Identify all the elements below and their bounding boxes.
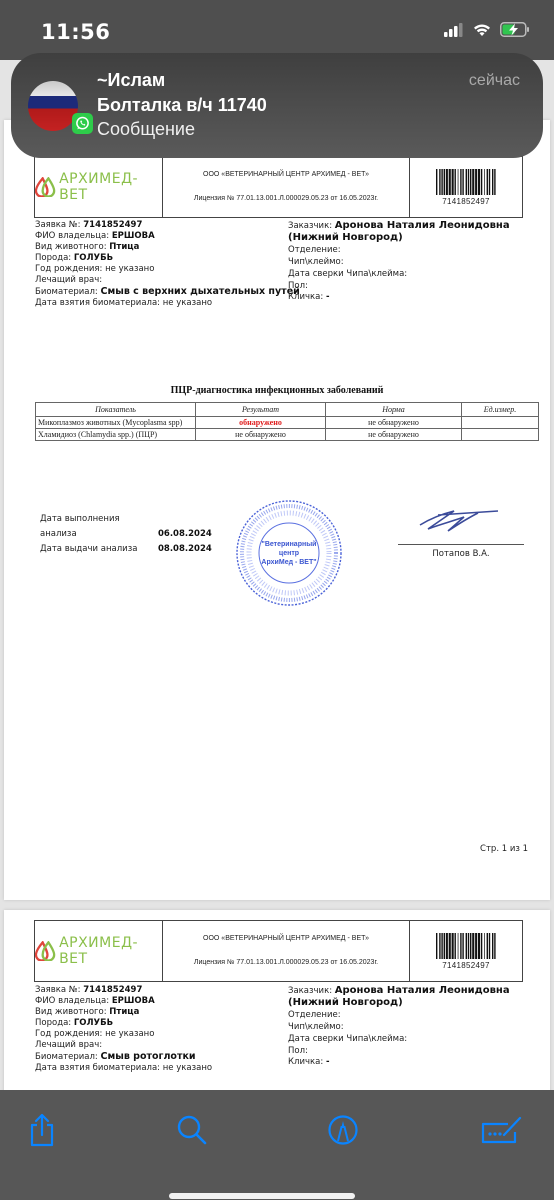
- organization-cell: ООО «ВЕТЕРИНАРНЫЙ ЦЕНТР АРХИМЕД - ВЕТ» Л…: [163, 157, 410, 217]
- patient-info-row: Лечащий врач:: [35, 1040, 285, 1051]
- svg-text:центр: центр: [279, 550, 299, 557]
- info-label: Лечащий врач:: [35, 275, 102, 285]
- organization-name: ООО «ВЕТЕРИНАРНЫЙ ЦЕНТР АРХИМЕД - ВЕТ»: [163, 935, 409, 942]
- issued-date-label: Дата выдачи анализа: [40, 542, 158, 557]
- info-label: Биоматериал:: [35, 287, 101, 297]
- document-page-1: АРХИМЕД-ВЕТ ООО «ВЕТЕРИНАРНЫЙ ЦЕНТР АРХИ…: [4, 120, 550, 900]
- markup-pen-icon: [327, 1114, 359, 1146]
- page-number: Стр. 1 из 1: [480, 844, 528, 854]
- signature-line: [398, 544, 524, 545]
- customer-info-row: Чип\клеймо:: [288, 257, 538, 268]
- norm-cell: не обнаружено: [326, 417, 462, 429]
- license-text: Лицензия № 77.01.13.001.Л.000029.05.23 о…: [163, 959, 409, 966]
- status-bar: 11:56: [0, 0, 554, 60]
- results-table: Показатель Результат Норма Ед.измер. Мик…: [35, 402, 539, 441]
- clinic-logo: АРХИМЕД-ВЕТ: [35, 157, 163, 217]
- status-icons: [444, 22, 530, 37]
- search-icon: [176, 1114, 208, 1146]
- clock: 11:56: [41, 20, 110, 44]
- info-label: Вид животного:: [35, 242, 109, 252]
- wifi-icon: [472, 23, 492, 37]
- customer-label: Заказчик:: [288, 986, 335, 996]
- info-value: 7141852497: [83, 220, 142, 230]
- info-value: Смыв ротоглотки: [101, 1051, 196, 1062]
- performed-date-row: Дата выполнения анализа06.08.2024: [40, 512, 212, 542]
- document-page-2: АРХИМЕД-ВЕТ ООО «ВЕТЕРИНАРНЫЙ ЦЕНТР АРХИ…: [4, 910, 550, 1090]
- table-row: Микоплазмоз животных (Mycoplasma spp) об…: [36, 417, 539, 429]
- customer-info-row: Дата сверки Чипа\клейма:: [288, 269, 538, 280]
- norm-cell: не обнаружено: [326, 429, 462, 441]
- round-stamp-icon: "Ветеринарный центр АрхиМед - ВЕТ": [234, 498, 344, 608]
- info-value: ЕРШОВА: [112, 231, 155, 241]
- customer-row: Заказчик: Аронова Наталия Леонидовна (Ни…: [288, 220, 538, 244]
- info-value: ЕРШОВА: [112, 996, 155, 1006]
- issued-date-row: Дата выдачи анализа08.08.2024: [40, 542, 212, 557]
- barcode-cell: 7141852497: [410, 157, 522, 217]
- clinic-logo: АРХИМЕД-ВЕТ: [35, 921, 163, 981]
- signature-icon: [480, 1115, 524, 1145]
- patient-info-row: Лечащий врач:: [35, 275, 285, 286]
- section-title: ПЦР-диагностика инфекционных заболеваний: [4, 385, 550, 396]
- home-indicator[interactable]: [169, 1193, 355, 1199]
- column-header: Норма: [326, 403, 462, 417]
- notification-message: Сообщение: [97, 119, 195, 140]
- info-label: Год рождения:: [35, 1029, 105, 1039]
- patient-info-row: Биоматериал: Смыв с верхних дыхательных …: [35, 286, 285, 298]
- performed-date-label: Дата выполнения анализа: [40, 512, 158, 542]
- drops-logo-icon: [35, 177, 56, 197]
- barcode-number: 7141852497: [442, 961, 490, 970]
- document-header: АРХИМЕД-ВЕТ ООО «ВЕТЕРИНАРНЫЙ ЦЕНТР АРХИ…: [34, 156, 523, 218]
- patient-info-row: Вид животного: Птица: [35, 1007, 285, 1018]
- patient-info: Заявка №: 7141852497ФИО владельца: ЕРШОВ…: [35, 220, 285, 309]
- info-label: Порода:: [35, 253, 74, 263]
- notification-group: Болталка в/ч 11740: [97, 95, 267, 116]
- customer-info: Заказчик: Аронова Наталия Леонидовна (Ни…: [288, 220, 538, 303]
- share-icon: [28, 1113, 56, 1147]
- indicator-cell: Микоплазмоз животных (Mycoplasma spp): [36, 417, 196, 429]
- patient-info-row: Порода: ГОЛУБЬ: [35, 1018, 285, 1029]
- battery-charging-icon: [500, 22, 530, 37]
- handwritten-signature-icon: [398, 505, 524, 535]
- whatsapp-icon: [72, 113, 93, 134]
- barcode-cell: 7141852497: [410, 921, 522, 981]
- notification-time: сейчас: [469, 72, 520, 90]
- notification-sender: ~Ислам: [97, 70, 165, 91]
- info-value: 7141852497: [83, 985, 142, 995]
- signature-button[interactable]: [478, 1112, 526, 1148]
- column-header: Результат: [196, 403, 326, 417]
- patient-info-row: Год рождения: не указано: [35, 1029, 285, 1040]
- pdf-viewer[interactable]: АРХИМЕД-ВЕТ ООО «ВЕТЕРИНАРНЫЙ ЦЕНТР АРХИ…: [0, 60, 554, 1090]
- info-label: Дата взятия биоматериала:: [35, 1063, 163, 1073]
- info-label: Заявка №:: [35, 220, 83, 230]
- unit-cell: [462, 417, 539, 429]
- info-label: Заявка №:: [35, 985, 83, 995]
- patient-info-row: Год рождения: не указано: [35, 264, 285, 275]
- patient-info-row: Заявка №: 7141852497: [35, 985, 285, 996]
- document-header: АРХИМЕД-ВЕТ ООО «ВЕТЕРИНАРНЫЙ ЦЕНТР АРХИ…: [34, 920, 523, 982]
- indicator-cell: Хламидиоз (Chlamydia spp.) (ПЦР): [36, 429, 196, 441]
- info-value: ГОЛУБЬ: [74, 253, 113, 263]
- patient-info-row: Вид животного: Птица: [35, 242, 285, 253]
- info-value: не указано: [105, 1029, 154, 1039]
- bottom-toolbar: [0, 1090, 554, 1200]
- analysis-dates: Дата выполнения анализа06.08.2024 Дата в…: [40, 512, 212, 557]
- nickname-row: Кличка: -: [288, 1057, 538, 1068]
- logo-text: АРХИМЕД-ВЕТ: [59, 171, 162, 203]
- unit-cell: [462, 429, 539, 441]
- share-button[interactable]: [24, 1112, 60, 1148]
- info-value: не указано: [105, 264, 154, 274]
- signatory-name: Потапов В.А.: [398, 549, 524, 559]
- info-label: ФИО владельца:: [35, 231, 112, 241]
- customer-info-row: Дата сверки Чипа\клейма:: [288, 1034, 538, 1045]
- info-value: не указано: [163, 1063, 212, 1073]
- info-label: Биоматериал:: [35, 1052, 101, 1062]
- signature-block: Потапов В.А.: [398, 505, 524, 559]
- customer-info-row: Отделение:: [288, 1010, 538, 1021]
- markup-button[interactable]: [325, 1112, 361, 1148]
- patient-info-row: Дата взятия биоматериала: не указано: [35, 1063, 285, 1074]
- info-label: Лечащий врач:: [35, 1040, 102, 1050]
- cellular-signal-icon: [444, 23, 464, 37]
- result-cell: не обнаружено: [196, 429, 326, 441]
- table-row: Хламидиоз (Chlamydia spp.) (ПЦР) не обна…: [36, 429, 539, 441]
- customer-info: Заказчик: Аронова Наталия Леонидовна (Ни…: [288, 985, 538, 1068]
- patient-info-row: Порода: ГОЛУБЬ: [35, 253, 285, 264]
- result-cell: обнаружено: [196, 417, 326, 429]
- patient-info-row: Заявка №: 7141852497: [35, 220, 285, 231]
- patient-info-row: Биоматериал: Смыв ротоглотки: [35, 1051, 285, 1063]
- license-text: Лицензия № 77.01.13.001.Л.000029.05.23 о…: [163, 195, 409, 202]
- barcode-icon: [435, 933, 497, 959]
- search-button[interactable]: [174, 1112, 210, 1148]
- table-header-row: Показатель Результат Норма Ед.измер.: [36, 403, 539, 417]
- info-value: Смыв с верхних дыхательных путей: [101, 286, 300, 297]
- info-value: ГОЛУБЬ: [74, 1018, 113, 1028]
- info-label: Год рождения:: [35, 264, 105, 274]
- info-label: Вид животного:: [35, 1007, 109, 1017]
- info-label: Дата взятия биоматериала:: [35, 298, 163, 308]
- info-label: Порода:: [35, 1018, 74, 1028]
- svg-text:"Ветеринарный: "Ветеринарный: [262, 540, 317, 548]
- logo-text: АРХИМЕД-ВЕТ: [59, 935, 162, 967]
- organization-cell: ООО «ВЕТЕРИНАРНЫЙ ЦЕНТР АРХИМЕД - ВЕТ» Л…: [163, 921, 410, 981]
- patient-info: Заявка №: 7141852497ФИО владельца: ЕРШОВ…: [35, 985, 285, 1074]
- info-value: Птица: [109, 242, 139, 252]
- organization-name: ООО «ВЕТЕРИНАРНЫЙ ЦЕНТР АРХИМЕД - ВЕТ»: [163, 171, 409, 178]
- nickname-row: Кличка: -: [288, 292, 538, 303]
- barcode-icon: [435, 169, 497, 195]
- issued-date-value: 08.08.2024: [158, 544, 212, 554]
- customer-info-row: Отделение:: [288, 245, 538, 256]
- patient-info-row: ФИО владельца: ЕРШОВА: [35, 996, 285, 1007]
- info-value: Птица: [109, 1007, 139, 1017]
- info-value: не указано: [163, 298, 212, 308]
- customer-row: Заказчик: Аронова Наталия Леонидовна (Ни…: [288, 985, 538, 1009]
- patient-info-row: Дата взятия биоматериала: не указано: [35, 298, 285, 309]
- customer-label: Заказчик:: [288, 221, 335, 231]
- performed-date-value: 06.08.2024: [158, 529, 212, 539]
- customer-info-row: Пол:: [288, 1046, 538, 1057]
- drops-logo-icon: [35, 941, 56, 961]
- group-avatar: [28, 81, 78, 131]
- column-header: Показатель: [36, 403, 196, 417]
- svg-text:АрхиМед - ВЕТ": АрхиМед - ВЕТ": [261, 559, 316, 566]
- customer-info-row: Пол:: [288, 281, 538, 292]
- patient-info-row: ФИО владельца: ЕРШОВА: [35, 231, 285, 242]
- column-header: Ед.измер.: [462, 403, 539, 417]
- barcode-number: 7141852497: [442, 197, 490, 206]
- customer-info-row: Чип\клеймо:: [288, 1022, 538, 1033]
- clinic-stamp: "Ветеринарный центр АрхиМед - ВЕТ": [234, 498, 344, 613]
- notification-banner[interactable]: ~Ислам Болталка в/ч 11740 Сообщение сейч…: [11, 53, 543, 158]
- info-label: ФИО владельца:: [35, 996, 112, 1006]
